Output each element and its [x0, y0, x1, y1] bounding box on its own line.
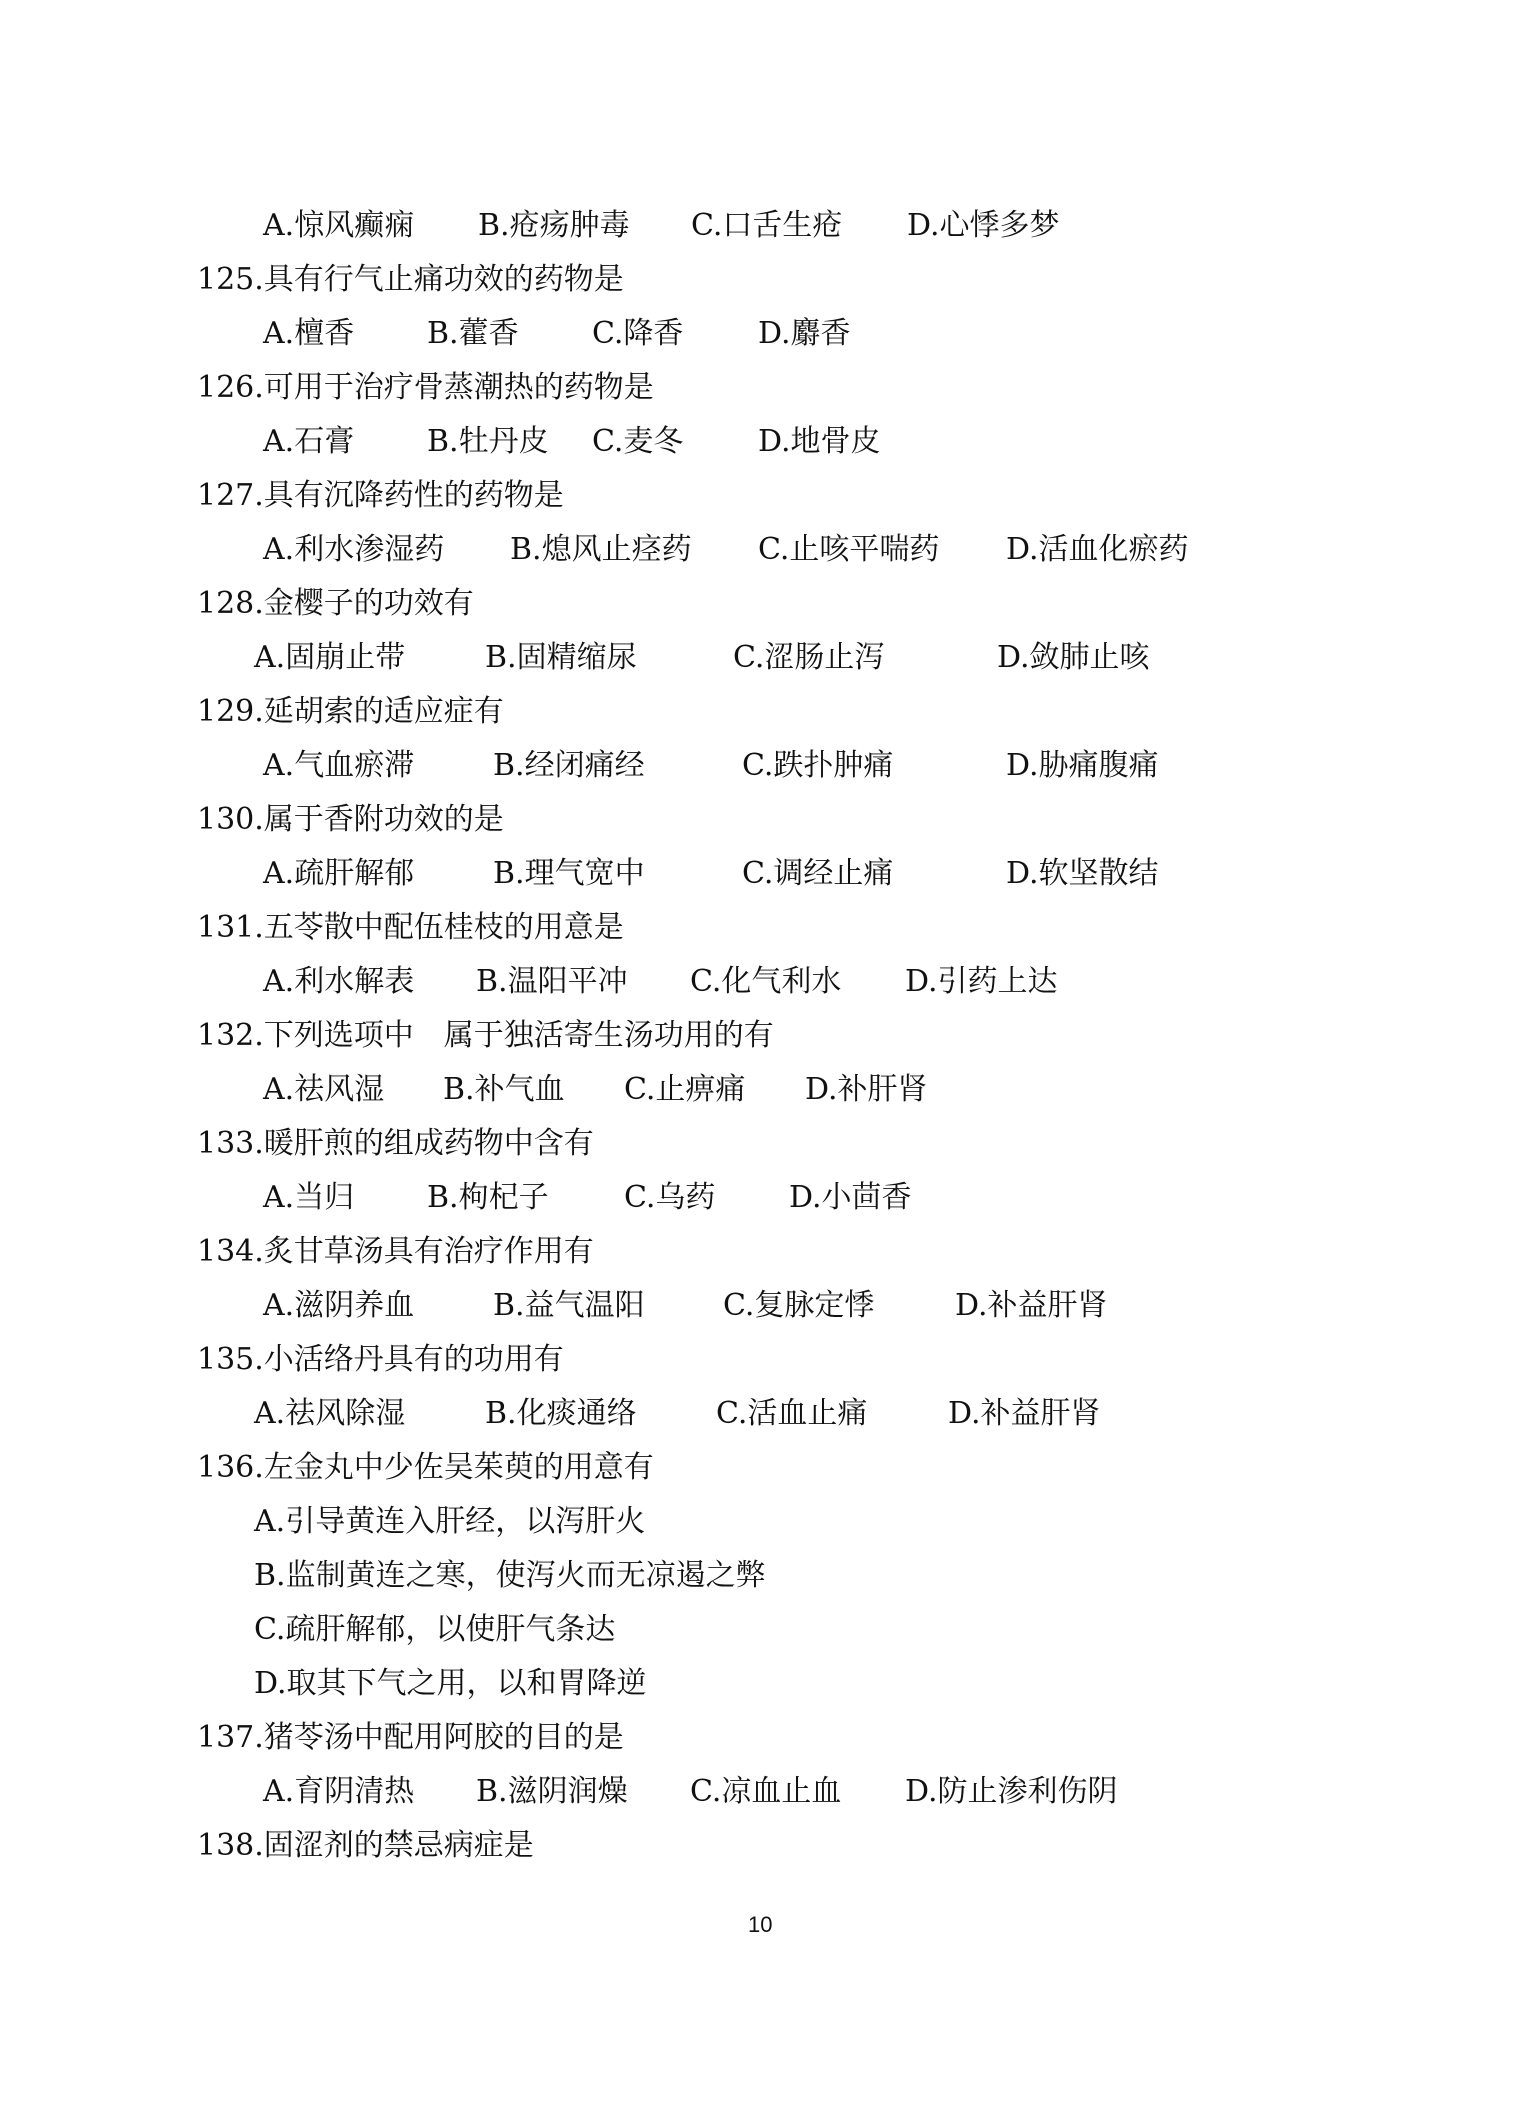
- option-a: A.育阴清热: [263, 1772, 414, 1812]
- question-stem: 138.固涩剂的禁忌病症是: [197, 1826, 534, 1866]
- question-stem: 134.炙甘草汤具有治疗作用有: [197, 1232, 594, 1272]
- option-b: B.固精缩尿: [485, 638, 637, 678]
- option-c: C.凉血止血: [690, 1772, 841, 1812]
- option-a: A.利水解表: [263, 962, 414, 1002]
- question-stem: 136.左金丸中少佐吴茱萸的用意有: [197, 1448, 654, 1488]
- option-d: D.引药上达: [905, 962, 1058, 1002]
- option-d: D.心悸多梦: [907, 206, 1060, 246]
- option-d: D.敛肺止咳: [997, 638, 1150, 678]
- option-d: D.取其下气之用，以和胃降逆: [254, 1664, 647, 1704]
- option-b: B.经闭痛经: [493, 746, 645, 786]
- question-stem: 129.延胡索的适应症有: [197, 692, 504, 732]
- question-stem: 133.暖肝煎的组成药物中含有: [197, 1124, 594, 1164]
- option-d: D.补益肝肾: [955, 1286, 1108, 1326]
- option-a: A.疏肝解郁: [263, 854, 414, 894]
- option-c: C.口舌生疮: [691, 206, 842, 246]
- question-stem: 131.五苓散中配伍桂枝的用意是: [197, 908, 624, 948]
- option-c: C.止咳平喘药: [758, 530, 939, 570]
- option-d: D.软坚散结: [1006, 854, 1159, 894]
- question-stem: 127.具有沉降药性的药物是: [197, 476, 564, 516]
- option-b: B.化痰通络: [485, 1394, 637, 1434]
- option-a: A.当归: [263, 1178, 354, 1218]
- option-d: D.防止渗利伤阴: [905, 1772, 1118, 1812]
- question-stem: 126.可用于治疗骨蒸潮热的药物是: [197, 368, 654, 408]
- question-stem: 137.猪苓汤中配用阿胶的目的是: [197, 1718, 624, 1758]
- option-c: C.调经止痛: [742, 854, 893, 894]
- option-a: A.气血瘀滞: [263, 746, 414, 786]
- question-stem: 132.下列选项中 属于独活寄生汤功用的有: [197, 1016, 774, 1056]
- option-b: B.益气温阳: [493, 1286, 645, 1326]
- option-c: C.跌扑肿痛: [742, 746, 893, 786]
- option-b: B.滋阴润燥: [476, 1772, 628, 1812]
- option-c: C.涩肠止泻: [733, 638, 884, 678]
- option-d: D.麝香: [758, 314, 851, 354]
- option-a: A.石膏: [263, 422, 354, 462]
- option-a: A.惊风癫痫: [263, 206, 414, 246]
- option-b: B.牡丹皮: [427, 422, 549, 462]
- option-a: A.利水渗湿药: [263, 530, 444, 570]
- question-stem: 128.金樱子的功效有: [197, 584, 474, 624]
- option-a: A.引导黄连入肝经，以泻肝火: [254, 1502, 645, 1542]
- option-a: A.固崩止带: [254, 638, 405, 678]
- option-c: C.活血止痛: [716, 1394, 867, 1434]
- option-a: A.滋阴养血: [263, 1286, 414, 1326]
- option-d: D.小茴香: [789, 1178, 912, 1218]
- option-d: D.地骨皮: [758, 422, 881, 462]
- option-b: B.监制黄连之寒，使泻火而无凉遏之弊: [254, 1556, 766, 1596]
- option-d: D.补肝肾: [805, 1070, 928, 1110]
- option-c: C.降香: [592, 314, 683, 354]
- option-b: B.枸杞子: [427, 1178, 549, 1218]
- question-stem: 130.属于香附功效的是: [197, 800, 504, 840]
- option-a: A.祛风湿: [263, 1070, 384, 1110]
- option-b: B.藿香: [427, 314, 519, 354]
- option-a: A.祛风除湿: [254, 1394, 405, 1434]
- option-b: B.疮疡肿毒: [478, 206, 630, 246]
- option-c: C.乌药: [624, 1178, 715, 1218]
- option-c: C.化气利水: [690, 962, 841, 1002]
- option-c: C.疏肝解郁，以使肝气条达: [254, 1610, 615, 1650]
- question-stem: 125.具有行气止痛功效的药物是: [197, 260, 624, 300]
- option-c: C.复脉定悸: [723, 1286, 874, 1326]
- option-b: B.补气血: [443, 1070, 565, 1110]
- option-c: C.麦冬: [592, 422, 683, 462]
- option-b: B.熄风止痉药: [510, 530, 692, 570]
- option-d: D.活血化瘀药: [1006, 530, 1189, 570]
- option-b: B.理气宽中: [493, 854, 645, 894]
- option-b: B.温阳平冲: [476, 962, 628, 1002]
- option-c: C.止痹痛: [624, 1070, 745, 1110]
- question-stem: 135.小活络丹具有的功用有: [197, 1340, 564, 1380]
- option-d: D.胁痛腹痛: [1006, 746, 1159, 786]
- page-number: 10: [748, 1912, 772, 1938]
- option-a: A.檀香: [263, 314, 354, 354]
- option-d: D.补益肝肾: [948, 1394, 1101, 1434]
